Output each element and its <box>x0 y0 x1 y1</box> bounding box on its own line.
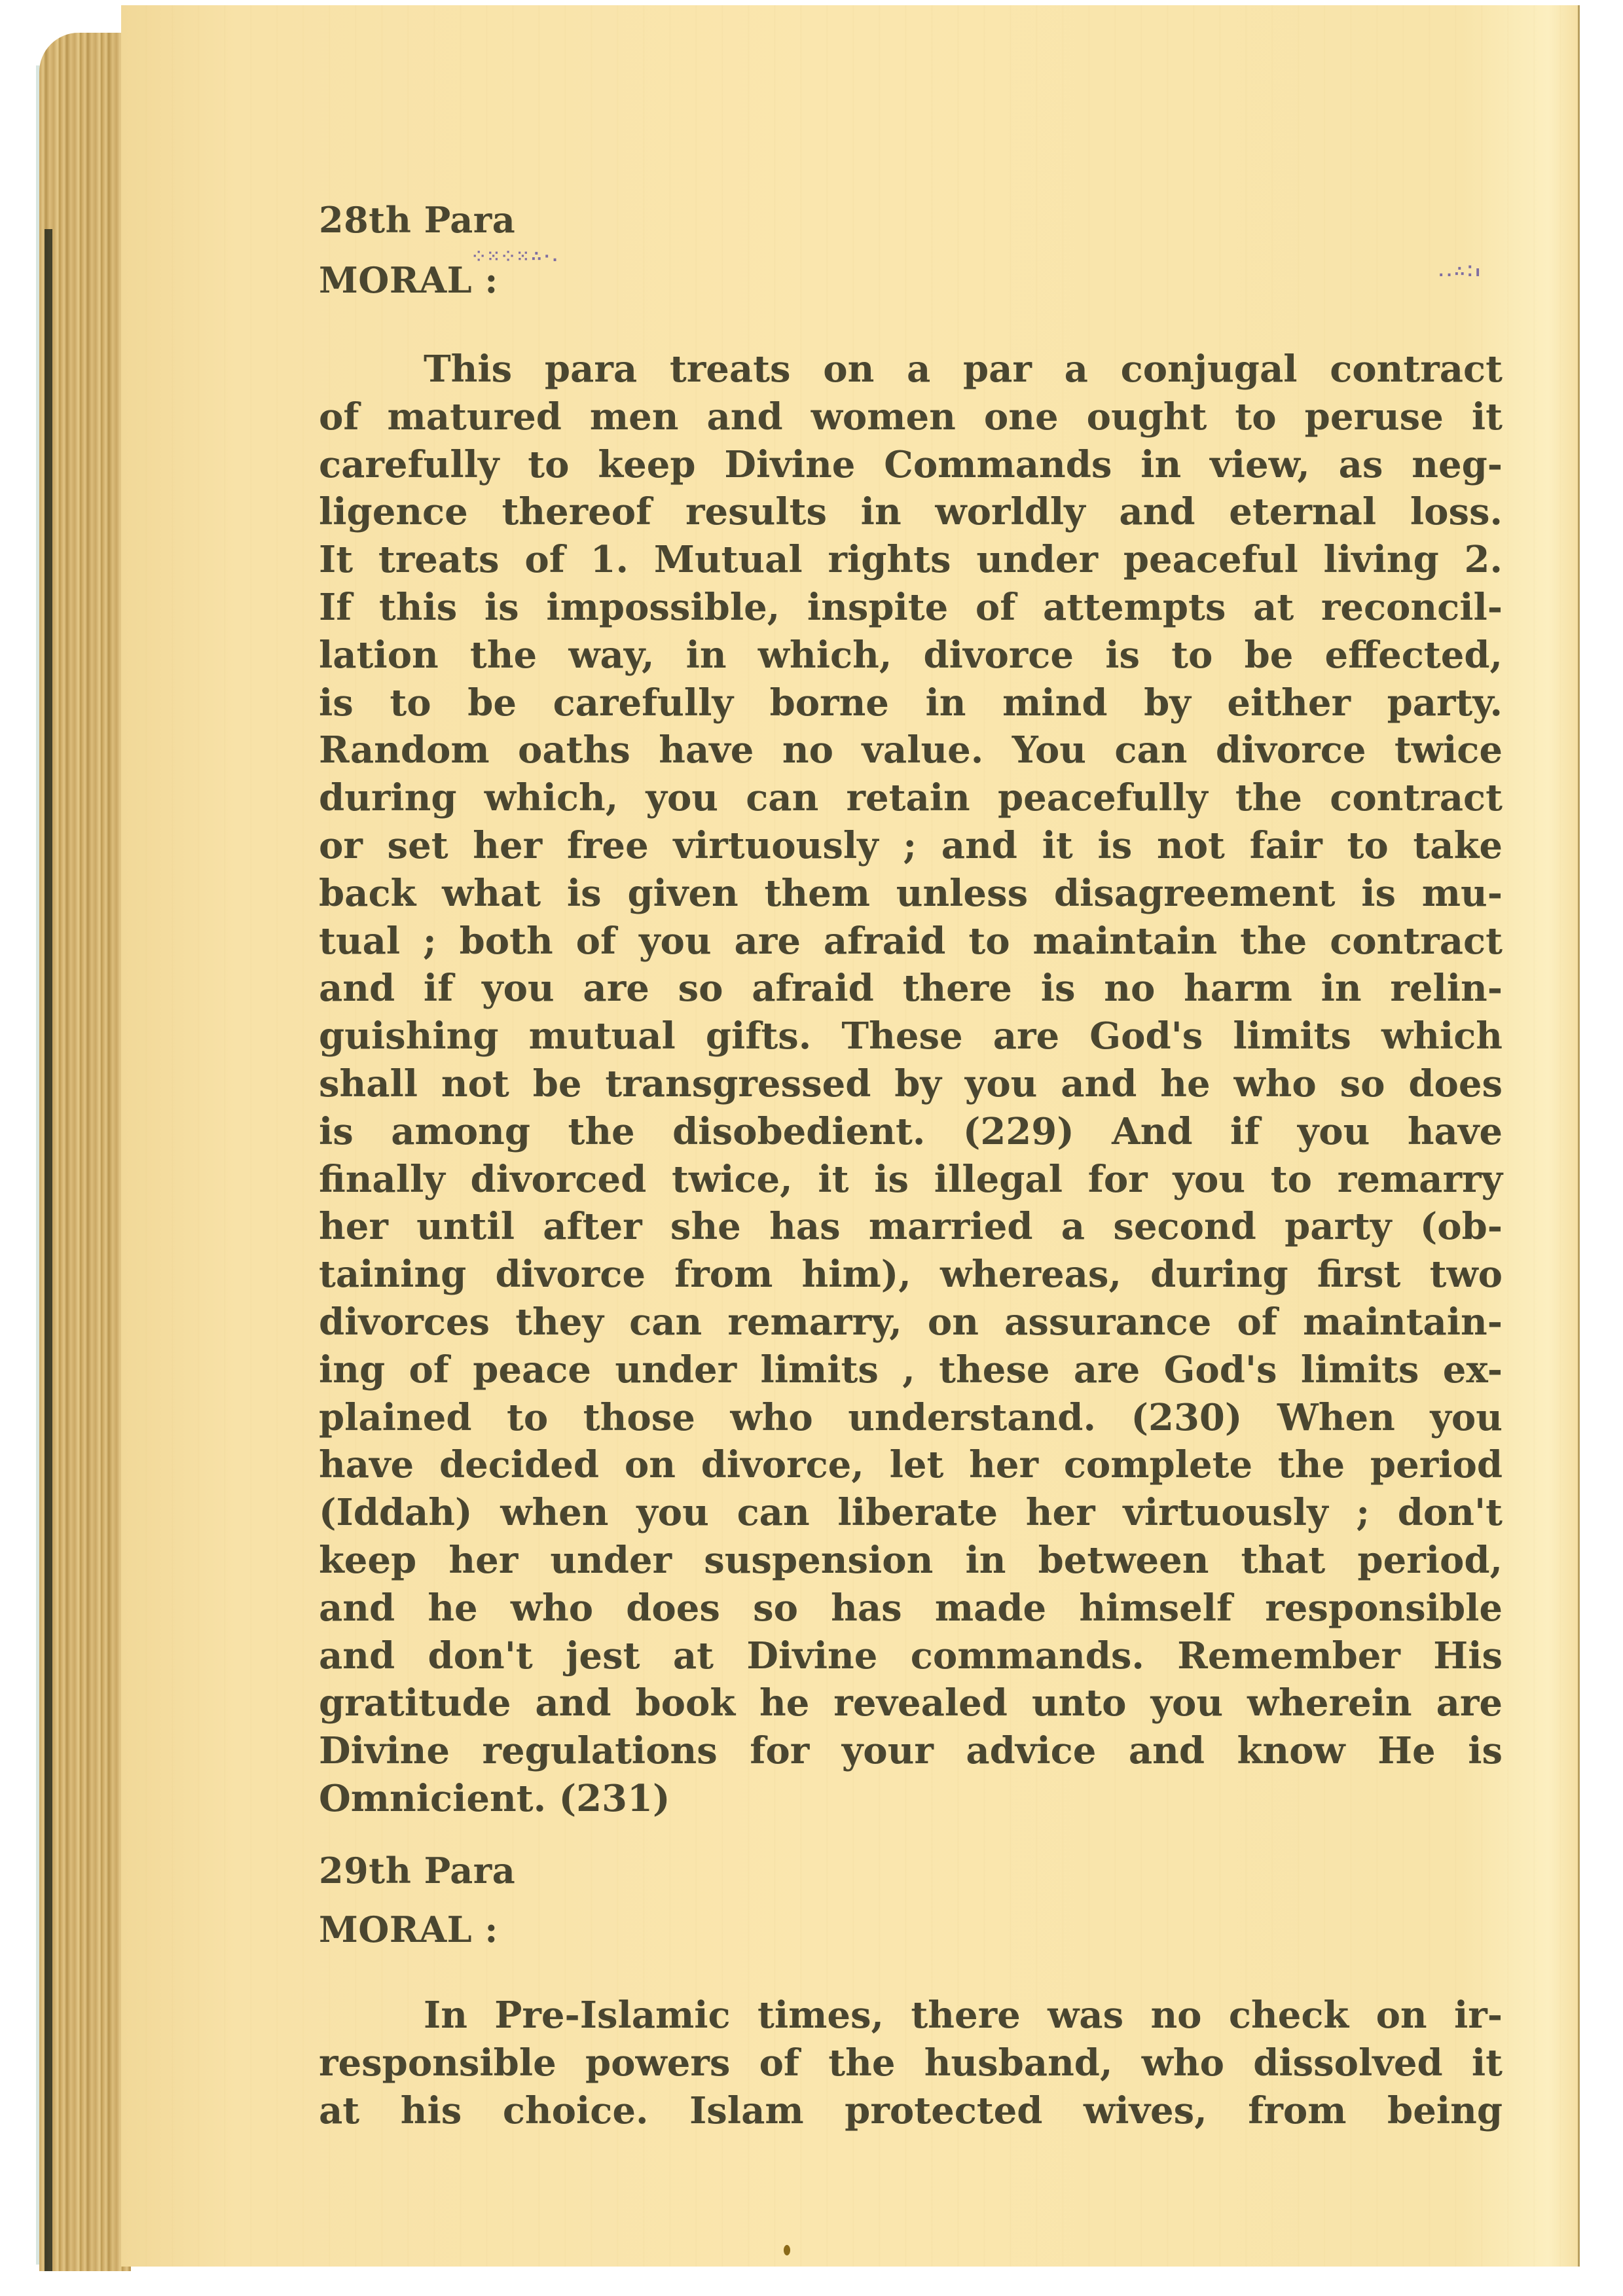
text-line: and don't jest at Divine commands. Remem… <box>319 1632 1503 1680</box>
stamp-ink-mark-right: ..∴⁚ı <box>1438 264 1483 280</box>
text-line: tual ; both of you are afraid to maintai… <box>319 918 1503 965</box>
text-line: keep her under suspension in between tha… <box>319 1537 1503 1585</box>
text-line: guishing mutual gifts. These are God's l… <box>319 1013 1503 1060</box>
book-page: 28th Para MORAL : ⁘⁙⁘⁙∴·. ..∴⁚ı This par… <box>121 5 1580 2267</box>
text-line: during which, you can retain peacefully … <box>319 774 1503 822</box>
text-line: If this is impossible, inspite of attemp… <box>319 584 1503 632</box>
text-line: It treats of 1. Mutual rights under peac… <box>319 536 1503 584</box>
text-line: gratitude and book he revealed unto you … <box>319 1679 1503 1727</box>
section-29-body: In Pre-Islamic times, there was no check… <box>319 1992 1503 2134</box>
text-line: finally divorced twice, it is illegal fo… <box>319 1156 1503 1204</box>
section-29-title: 29th Para <box>319 1851 515 1890</box>
text-line: and if you are so afraid there is no har… <box>319 965 1503 1013</box>
text-line: of matured men and women one ought to pe… <box>319 393 1503 441</box>
section-28-body: This para treats on a par a conjugal con… <box>319 346 1503 1823</box>
text-line: at his choice. Islam protected wives, fr… <box>319 2087 1503 2135</box>
text-line: This para treats on a par a conjugal con… <box>319 346 1503 393</box>
text-line: ligence thereof results in worldly and e… <box>319 488 1503 536</box>
scanned-book-page: 28th Para MORAL : ⁘⁙⁘⁙∴·. ..∴⁚ı This par… <box>0 0 1623 2296</box>
page-right-edge <box>1578 5 1580 2267</box>
text-line: Divine regulations for your advice and k… <box>319 1727 1503 1775</box>
text-line: is to be carefully borne in mind by eith… <box>319 679 1503 727</box>
text-line: her until after she has married a second… <box>319 1203 1503 1251</box>
text-line: and he who does so has made himself resp… <box>319 1585 1503 1632</box>
text-line: Random oaths have no value. You can divo… <box>319 726 1503 774</box>
page-stack-edges <box>39 33 131 2271</box>
text-line: (Iddah) when you can liberate her virtuo… <box>319 1489 1503 1537</box>
text-line: Omnicient. (231) <box>319 1775 1503 1823</box>
text-line: back what is given them unless disagreem… <box>319 870 1503 918</box>
text-line: or set her free virtuously ; and it is n… <box>319 822 1503 870</box>
section-28-title: 28th Para <box>319 200 515 240</box>
paper-speck <box>784 2245 790 2255</box>
text-line: In Pre-Islamic times, there was no check… <box>319 1992 1503 2039</box>
text-line: ing of peace under limits , these are Go… <box>319 1346 1503 1394</box>
section-29-moral-label: MORAL : <box>319 1910 498 1949</box>
text-line: have decided on divorce, let her complet… <box>319 1441 1503 1489</box>
text-line: is among the disobedient. (229) And if y… <box>319 1108 1503 1156</box>
text-line: taining divorce from him), whereas, duri… <box>319 1251 1503 1299</box>
text-line: carefully to keep Divine Commands in vie… <box>319 441 1503 489</box>
text-line: lation the way, in which, divorce is to … <box>319 632 1503 679</box>
section-28-moral-label: MORAL : <box>319 260 498 300</box>
text-line: responsible powers of the husband, who d… <box>319 2039 1503 2087</box>
text-line: divorces they can remarry, on assurance … <box>319 1299 1503 1346</box>
text-line: plained to those who understand. (230) W… <box>319 1394 1503 1442</box>
text-line: shall not be transgressed by you and he … <box>319 1060 1503 1108</box>
stamp-ink-mark: ⁘⁙⁘⁙∴·. <box>473 249 560 265</box>
